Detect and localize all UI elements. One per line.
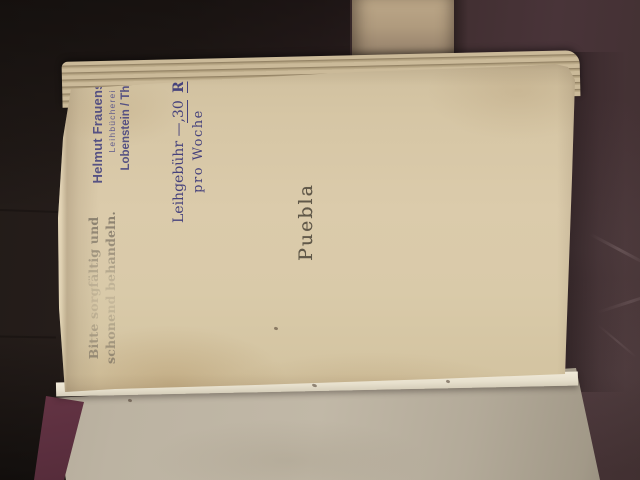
- care-stamp-line2: schonend behandeln.: [103, 212, 120, 364]
- fee-amount: ,30: [171, 100, 188, 122]
- fee-stamp-line1: Leihgebühr —,30 RM: [171, 79, 187, 223]
- book-photo: Helmut Frauenstein Leihbücherei Lobenste…: [0, 0, 640, 480]
- fee-stamp: Leihgebühr —,30 RM pro Woche: [171, 79, 217, 223]
- fee-stamp-line2: pro Woche: [191, 79, 206, 223]
- fee-label: Leihgebühr: [171, 141, 187, 223]
- book-cast-shadow: [566, 52, 626, 392]
- care-stamp: Bitte sorgfältig und schonend behandeln.: [86, 212, 122, 364]
- book-title: Puebla: [295, 180, 321, 264]
- care-stamp-line1: Bitte sorgfältig und: [86, 212, 103, 364]
- fee-blank: —: [171, 123, 187, 137]
- book-page: Helmut Frauenstein Leihbücherei Lobenste…: [55, 58, 581, 394]
